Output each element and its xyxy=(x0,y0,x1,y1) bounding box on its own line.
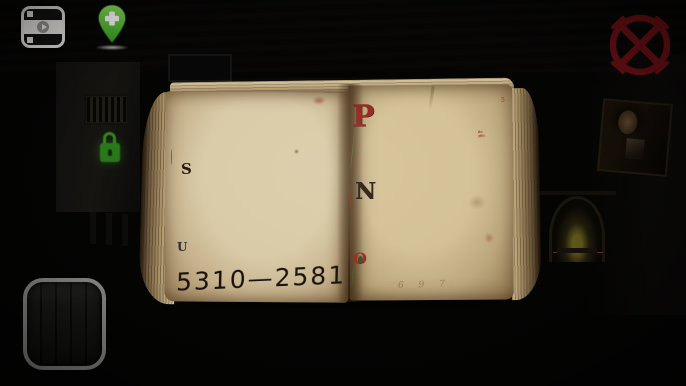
padlock-keyhole xyxy=(108,149,112,156)
margin-flourish xyxy=(171,149,173,165)
close-button[interactable] xyxy=(604,9,676,81)
add-map-pin-button[interactable] xyxy=(97,4,127,46)
railing-post xyxy=(122,214,128,246)
game-screen: ne fatuit qua fide bella du ela fuperill… xyxy=(0,0,686,386)
play-icon xyxy=(37,21,49,33)
railing-post xyxy=(106,213,112,245)
film-center-band xyxy=(24,20,62,34)
illuminated-initial-n: N xyxy=(355,180,376,203)
page-scribble: 6 9 7 xyxy=(398,279,451,291)
left-page-text: ne fatuit qua fide bella du ela fuperill… xyxy=(179,97,340,267)
right-wall-shadow xyxy=(584,55,686,315)
padlock-body xyxy=(100,143,120,162)
initial-o-figure xyxy=(358,256,363,264)
margin-note-line: dc o9 xyxy=(478,130,483,139)
portrait-shadow xyxy=(599,100,671,174)
window-bars xyxy=(87,97,126,122)
crossed-circle-icon xyxy=(613,18,667,72)
fireplace xyxy=(545,196,609,264)
folio-number: 5 xyxy=(501,97,505,104)
illuminated-initial-p: P xyxy=(352,102,375,132)
green-padlock-icon xyxy=(99,132,121,164)
railing-post xyxy=(90,212,96,244)
film-sprockets-bottom xyxy=(27,37,59,43)
inventory-slot-button[interactable] xyxy=(23,278,106,370)
camera-record-button[interactable] xyxy=(21,6,65,48)
film-frame-icon xyxy=(24,9,62,45)
film-sprockets-top xyxy=(27,11,59,17)
fireplace-mantel xyxy=(540,191,616,195)
wall-cabinet-top xyxy=(168,54,232,82)
pin-shadow xyxy=(96,45,128,50)
cell-door xyxy=(56,62,140,212)
door-barred-window xyxy=(84,94,129,125)
illuminated-initial-u: U xyxy=(177,241,187,253)
wall-portrait-painting xyxy=(597,98,673,177)
fireplace-grate xyxy=(557,248,597,253)
plus-icon xyxy=(105,16,119,22)
play-triangle-icon xyxy=(42,24,47,30)
illuminated-initial-s: S xyxy=(181,162,192,177)
